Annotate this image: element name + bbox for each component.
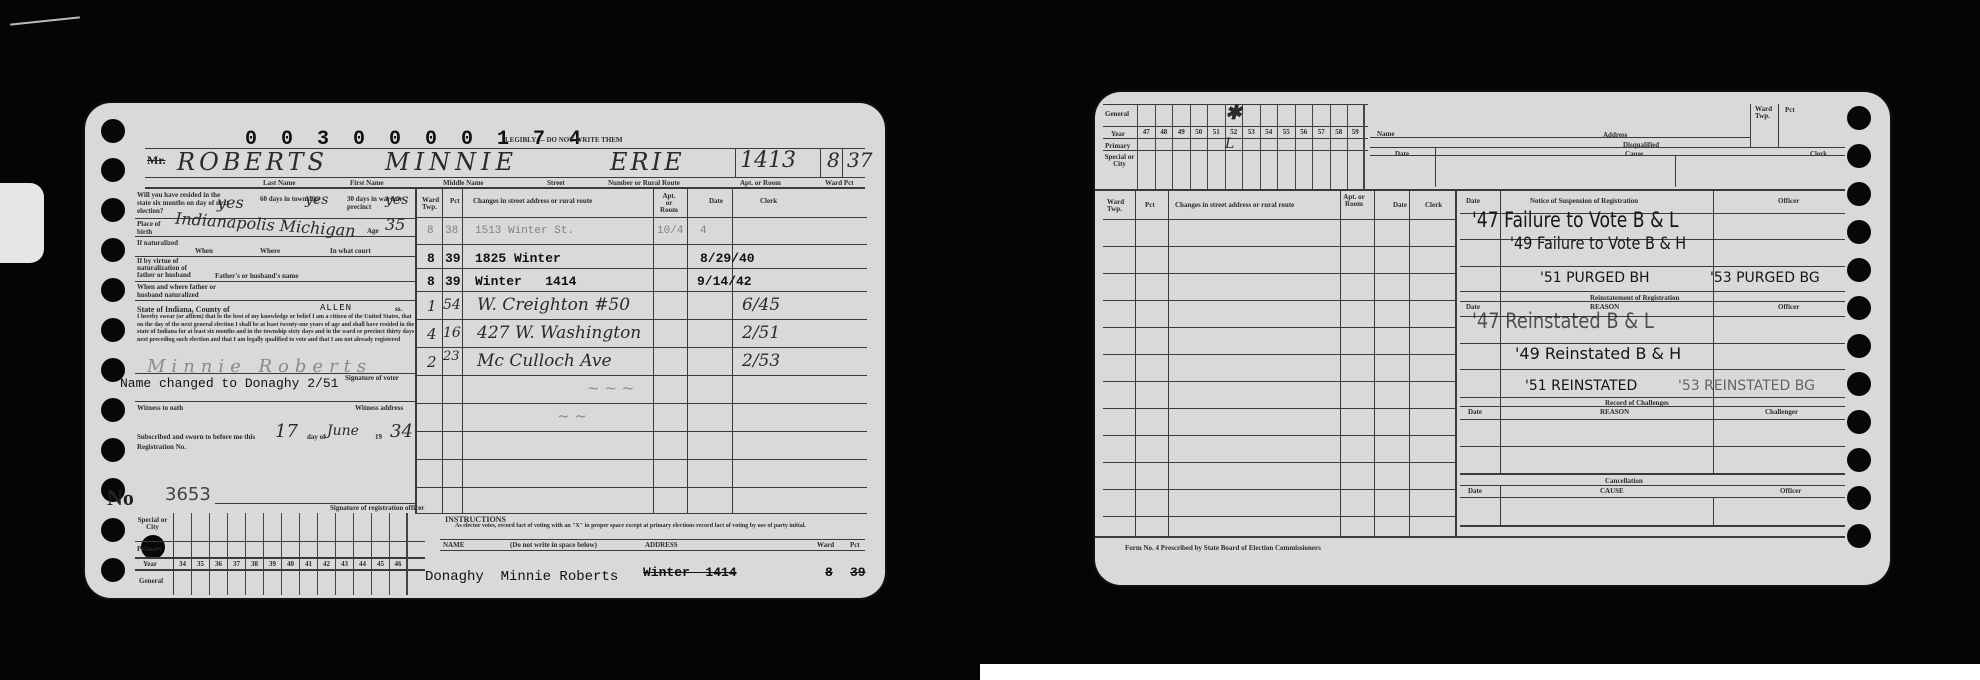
- punch-hole: [101, 238, 125, 262]
- punch-hole: [101, 518, 125, 542]
- punch-hole: [101, 558, 125, 582]
- registration-label: Registration No.: [137, 443, 186, 451]
- grid-label-special: Special or City: [1103, 154, 1136, 168]
- punch-hole: [101, 158, 125, 182]
- label-cause: Cause: [1625, 150, 1643, 158]
- back-registration-card: General Year Primary Special or City 47 …: [1095, 92, 1890, 585]
- label-date: Date: [1395, 150, 1409, 158]
- when-where-father-label: When and where father or husband natural…: [137, 283, 217, 299]
- row-1-date: 8/29/40: [700, 251, 755, 266]
- punch-hole: [101, 198, 125, 222]
- title-prefix: Mr.: [147, 153, 166, 168]
- year-cell: 36: [210, 513, 228, 595]
- year-cell: 58: [1330, 104, 1348, 189]
- label-last-name: Last Name: [263, 179, 295, 187]
- grid-label-general: General: [139, 577, 163, 585]
- year-cell: 51: [1207, 104, 1225, 189]
- row-3-pct: 54: [443, 297, 461, 313]
- bottom-ward: 8: [825, 565, 833, 580]
- label-first-name: First Name: [350, 179, 384, 187]
- row-3-ward: 1: [427, 297, 437, 315]
- naturalized-court: In what court: [330, 247, 371, 255]
- suspension-entry-53: '53 PURGED BG: [1710, 270, 1820, 286]
- name-change-note: Name changed to Donaghy 2/51: [120, 376, 338, 391]
- year-cell: 54: [1260, 104, 1278, 189]
- header-notice: LEGIBLY — DO NOT WRITE THEM: [505, 136, 623, 144]
- suspension-entry-47: '47 Failure to Vote B & L: [1472, 208, 1679, 232]
- punch-hole: [1847, 448, 1871, 472]
- suspension-entry-49: '49 Failure to Vote B & H: [1510, 234, 1686, 254]
- residence-ward-answer: yes: [385, 192, 408, 208]
- year-cell: 38: [246, 513, 264, 595]
- header-date: Date: [1393, 201, 1407, 209]
- residence-state-answer: yes: [217, 193, 244, 212]
- film-scratch: [10, 16, 80, 25]
- primary-vote-mark: L: [1225, 136, 1234, 152]
- oath-ss: ss.: [395, 305, 402, 313]
- row-2-pct: 39: [445, 274, 461, 289]
- number-sign: No: [107, 485, 134, 511]
- bottom-pct: 39: [850, 565, 866, 580]
- header-changes: Changes in street address or rural route: [1175, 201, 1294, 209]
- punch-hole: [101, 398, 125, 422]
- bottom-name: Donaghy Minnie Roberts: [425, 569, 618, 585]
- instructions-do-not-write: (Do not write in space below): [510, 541, 597, 549]
- punch-hole: [1847, 258, 1871, 282]
- index-tab-edge: [0, 183, 44, 263]
- year-cell: 42: [318, 513, 336, 595]
- grid-label-primary: Primary: [137, 545, 162, 553]
- label-apt: Apt. or Room: [740, 179, 781, 187]
- row-2-date: 9/14/42: [697, 274, 752, 289]
- label-middle-name: Middle Name: [443, 179, 484, 187]
- year-cell: 48: [1155, 104, 1173, 189]
- row-0-address: 1513 Winter St.: [475, 225, 574, 237]
- instructions-pct-label: Pct: [850, 541, 860, 549]
- punch-hole: [1847, 372, 1871, 396]
- challenges-header-reason: REASON: [1600, 408, 1629, 416]
- year-cell: 55: [1277, 104, 1295, 189]
- punch-hole: [1847, 296, 1871, 320]
- cancellation-header-cause: CAUSE: [1600, 487, 1624, 495]
- punch-hole: [1847, 410, 1871, 434]
- front-year-row: 34 35 36 37 38 39 40 41 42 43 44 45 46: [174, 559, 408, 595]
- punch-hole: [101, 278, 125, 302]
- front-voting-grid: Special or City Primary Year General 34 …: [135, 513, 425, 598]
- reinstatement-entry-49: '49 Reinstated B & H: [1515, 344, 1681, 363]
- age-label: Age: [367, 227, 379, 235]
- punch-hole: [1847, 106, 1871, 130]
- punch-hole: [1847, 144, 1871, 168]
- status-section: Date Notice of Suspension of Registratio…: [1460, 191, 1845, 536]
- reinstatement-entry-51: '51 REINSTATED: [1525, 378, 1637, 394]
- year-cell: 50: [1190, 104, 1208, 189]
- instructions-name-label: NAME: [443, 541, 464, 549]
- subscribed-text: Subscribed and sworn to before me this: [137, 433, 255, 441]
- registration-number: 3653: [165, 484, 211, 505]
- label-ward-pct: Ward Pct: [825, 179, 854, 187]
- instructions-address-label: ADDRESS: [645, 541, 678, 549]
- label-number: Number or Rural Route: [608, 179, 680, 187]
- grid-label-year: Year: [143, 560, 157, 568]
- oath-text: I hereby swear (or affirm) that to the b…: [137, 314, 415, 344]
- label-ward-twp: Ward Twp.: [1755, 106, 1775, 120]
- challenges-header-challenger: Challenger: [1765, 408, 1798, 416]
- grid-label-primary: Primary: [1105, 142, 1130, 150]
- punch-hole: [101, 438, 125, 462]
- year-cell: 39: [264, 513, 282, 595]
- punch-hole: [101, 318, 125, 342]
- grid-label-general: General: [1105, 110, 1129, 118]
- header-ward-twp: Ward Twp.: [1107, 199, 1127, 213]
- row-1-ward: 8: [427, 251, 435, 266]
- suspension-header-officer: Officer: [1778, 197, 1799, 205]
- cancellation-header-officer: Officer: [1780, 487, 1801, 495]
- witness-address-label: Witness address: [355, 404, 403, 412]
- front-registration-card: 0 0 3 0 0 0 0 1 7 4 LEGIBLY — DO NOT WRI…: [85, 103, 885, 598]
- suspension-header-date: Date: [1466, 197, 1480, 205]
- address-changes-table: Ward Twp. Pct Changes in street address …: [417, 189, 867, 514]
- row-3-date: 6/45: [742, 295, 780, 315]
- oath-state-line: State of Indiana, County of: [137, 305, 230, 314]
- naturalized-when: When: [195, 247, 213, 255]
- year-cell: 45: [372, 513, 390, 595]
- year-cell: 34: [174, 513, 192, 595]
- row-2-ward: 8: [427, 274, 435, 289]
- year-cell: 44: [354, 513, 372, 595]
- year-cell: 37: [228, 513, 246, 595]
- age-value: 35: [385, 215, 405, 234]
- bottom-address: Winter 1414: [643, 565, 737, 580]
- voter-signature-label: Signature of voter: [345, 374, 399, 382]
- instructions-text: As elector votes, record fact of voting …: [455, 523, 855, 530]
- witness-label: Witness to oath: [137, 404, 183, 412]
- officer-signature-label: Signature of registration officer: [330, 504, 424, 512]
- naturalized-where: Where: [260, 247, 280, 255]
- label-street: Street: [547, 179, 565, 187]
- label-clerk: Clerk: [1810, 150, 1827, 158]
- instructions-ward-label: Ward: [817, 541, 834, 549]
- row-6-faint-writing: ~ ~ ~: [587, 379, 634, 397]
- street-value: ERIE: [610, 148, 685, 176]
- suspension-entry-51: '51 PURGED BH: [1540, 270, 1650, 286]
- year-cell: 57: [1312, 104, 1330, 189]
- punch-hole: [1847, 220, 1871, 244]
- year-cell: 46: [390, 513, 408, 595]
- header-clerk: Clerk: [760, 197, 777, 205]
- year-cell: 53: [1242, 104, 1260, 189]
- subscribed-day: 17: [275, 421, 298, 442]
- challenges-header-date: Date: [1468, 408, 1482, 416]
- row-4-pct: 16: [443, 325, 461, 341]
- row-0-date: 4: [700, 225, 707, 237]
- header-apt: Apt. or Room: [659, 193, 679, 214]
- year-cell: 47: [1137, 104, 1155, 189]
- header-pct: Pct: [1145, 201, 1155, 209]
- row-4-ward: 4: [427, 325, 437, 343]
- pct-value: 37: [847, 148, 872, 172]
- reinstatement-header-officer: Officer: [1778, 303, 1799, 311]
- reinstatement-entry-53: '53 REINSTATED BG: [1678, 378, 1815, 394]
- back-year-row: 47 48 49 50 51 52 53 54 55 56 57 58 59: [1137, 104, 1365, 189]
- row-5-date: 2/53: [742, 351, 780, 371]
- last-name-value: ROBERTS: [177, 148, 328, 176]
- ward-value: 8: [827, 148, 840, 172]
- birth-label: Place of birth: [137, 220, 167, 236]
- row-2-address: Winter 1414: [475, 274, 576, 289]
- row-5-ward: 2: [427, 353, 437, 371]
- back-address-changes-table: Ward Twp. Pct Changes in street address …: [1103, 191, 1458, 536]
- row-4-date: 2/51: [742, 323, 780, 343]
- suspension-header-notice: Notice of Suspension of Registration: [1530, 197, 1638, 205]
- cancellation-header-date: Date: [1468, 487, 1482, 495]
- row-4-address: 427 W. Washington: [477, 323, 641, 343]
- row-1-address: 1825 Winter: [475, 251, 561, 266]
- year-cell: 43: [336, 513, 354, 595]
- year-cell: 40: [282, 513, 300, 595]
- father-name-label: Father's or husband's name: [215, 272, 298, 280]
- year-cell: 35: [192, 513, 210, 595]
- row-7-faint-writing: ~ ~: [557, 407, 587, 425]
- header-pct: Pct: [450, 197, 460, 205]
- row-0-apt: 10/4: [657, 225, 683, 237]
- cancellation-title: Cancellation: [1605, 477, 1643, 485]
- naturalized-label: If naturalized: [137, 239, 182, 247]
- header-clerk: Clerk: [1425, 201, 1442, 209]
- label-pct: Pct: [1785, 106, 1795, 114]
- year-cell: 59: [1347, 104, 1365, 189]
- header-date: Date: [709, 197, 723, 205]
- year-cell: 56: [1295, 104, 1313, 189]
- row-3-address: W. Creighton #50: [477, 295, 630, 315]
- header-apt: Apt. or Room: [1343, 194, 1365, 208]
- punch-hole: [1847, 182, 1871, 206]
- back-voting-grid: General Year Primary Special or City 47 …: [1103, 104, 1368, 189]
- row-0-ward: 8: [427, 225, 434, 237]
- row-5-pct: 23: [443, 349, 460, 364]
- grid-label-special: Special or City: [135, 517, 170, 531]
- punch-hole: [1847, 334, 1871, 358]
- first-name-value: MINNIE: [385, 148, 518, 176]
- subscribed-year: 34: [390, 421, 413, 442]
- white-margin-strip: [980, 664, 1980, 680]
- form-footer: Form No. 4 Prescribed by State Board of …: [1125, 544, 1321, 552]
- number-value: 1413: [740, 148, 796, 173]
- year-cell: 41: [300, 513, 318, 595]
- punch-hole: [1847, 524, 1871, 548]
- punch-hole: [101, 119, 125, 143]
- row-1-pct: 39: [445, 251, 461, 266]
- oath-county: ALLEN: [320, 303, 352, 313]
- grid-label-year: Year: [1111, 130, 1125, 138]
- header-changes: Changes in street address or rural route: [473, 197, 592, 205]
- residence-township-answer: yes: [305, 192, 328, 208]
- punch-hole: [1847, 486, 1871, 510]
- row-5-address: Mc Culloch Ave: [477, 351, 612, 371]
- row-0-pct: 38: [445, 225, 458, 237]
- subscribed-month: June: [327, 423, 359, 439]
- father-naturalized-label: If by virtue of naturalization of father…: [137, 258, 197, 279]
- subscribed-day-of: day of: [307, 433, 325, 441]
- year-cell: 49: [1172, 104, 1190, 189]
- subscribed-year-prefix: 19: [375, 433, 382, 441]
- header-ward-twp: Ward Twp.: [422, 197, 442, 211]
- vote-mark: ✱: [1225, 100, 1242, 124]
